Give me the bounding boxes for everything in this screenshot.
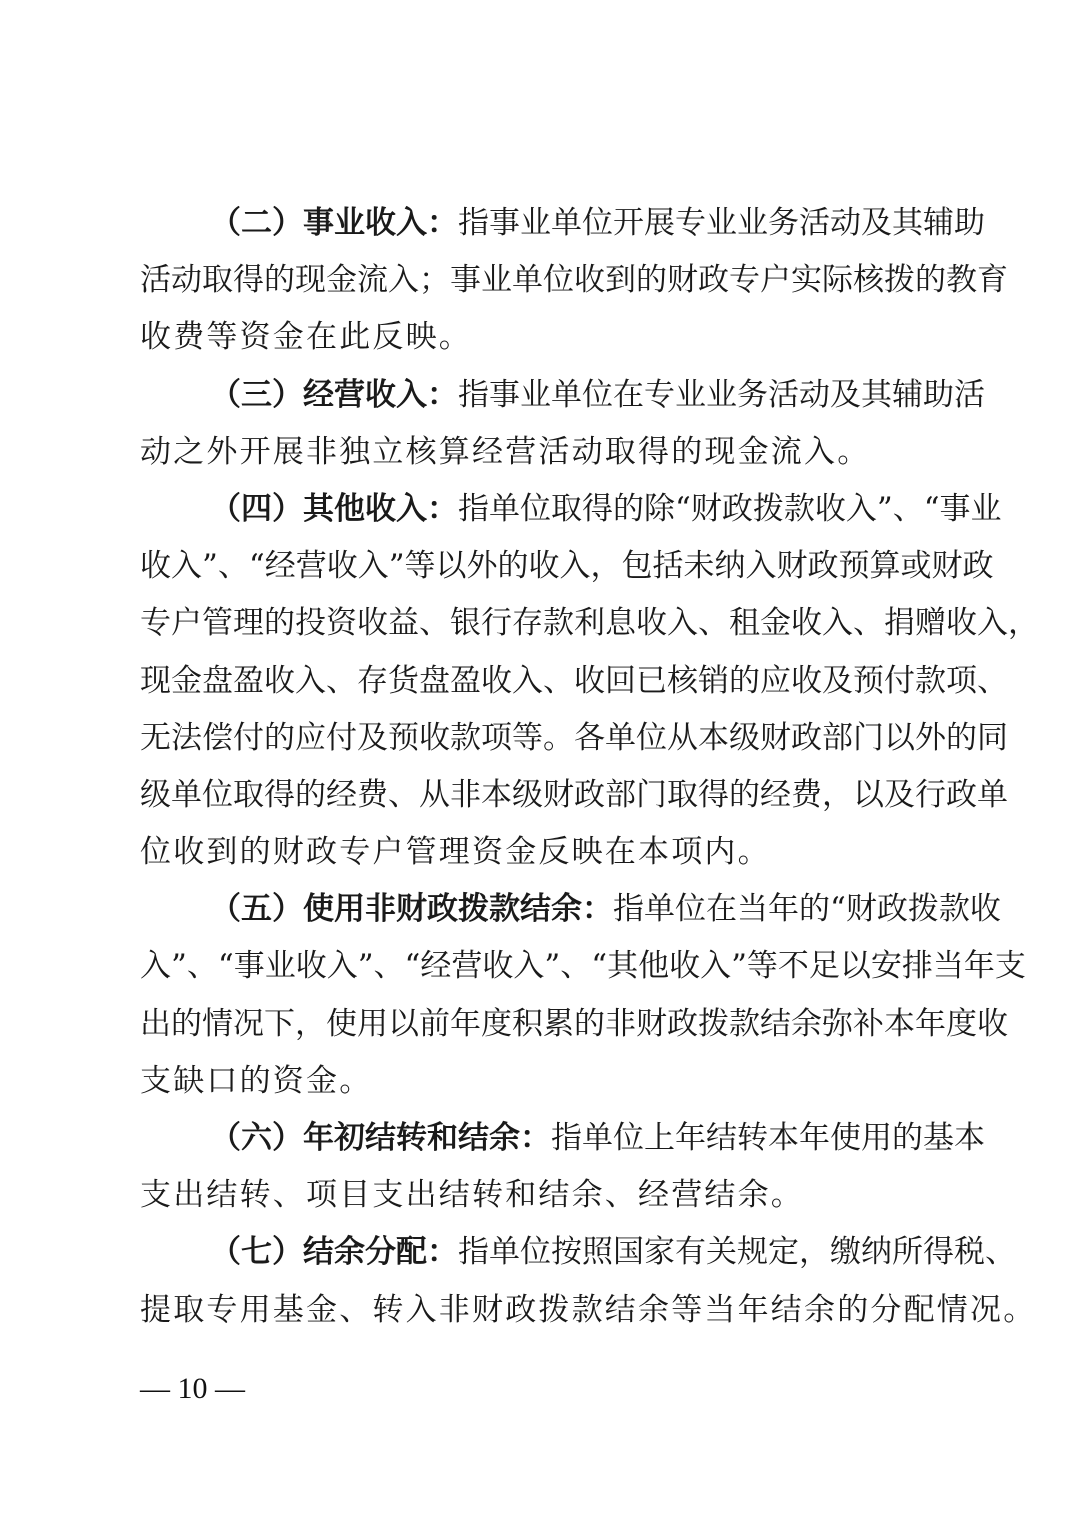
paragraph-line: 动之外开展非独立核算经营活动取得的现金流入。 (140, 427, 940, 484)
paragraph-text: 指事业单位在专业业务活动及其辅助活 (458, 377, 985, 413)
document-page: （二）事业收入：指事业单位开展专业业务活动及其辅助 活动取得的现金流入；事业单位… (0, 0, 1075, 1520)
paragraph-text: 指单位上年结转本年使用的基本 (551, 1120, 985, 1156)
paragraph-heading: （四）其他收入： (210, 491, 458, 527)
paragraph-line: （六）年初结转和结余：指单位上年结转本年使用的基本 (140, 1113, 940, 1170)
paragraph-line: 现金盘盈收入、存货盘盈收入、收回已核销的应收及预付款项、 (140, 656, 940, 713)
paragraph-line: 收入”、“经营收入”等以外的收入，包括未纳入财政预算或财政 (140, 541, 940, 598)
paragraph-line: 专户管理的投资收益、银行存款利息收入、租金收入、捐赠收入， (140, 598, 940, 655)
paragraph-line: 提取专用基金、转入非财政拨款结余等当年结余的分配情况。 (140, 1285, 940, 1342)
paragraph-heading: （三）经营收入： (210, 377, 458, 413)
paragraph-line: （三）经营收入：指事业单位在专业业务活动及其辅助活 (140, 370, 940, 427)
paragraph-line: 支出结转、项目支出结转和结余、经营结余。 (140, 1170, 940, 1227)
paragraph-heading: （二）事业收入： (210, 205, 458, 241)
paragraph-line: 活动取得的现金流入；事业单位收到的财政专户实际核拨的教育 (140, 255, 940, 312)
paragraph-text: 指单位取得的除“财政拨款收入”、“事业 (458, 491, 1002, 527)
paragraph-line: 入”、“事业收入”、“经营收入”、“其他收入”等不足以安排当年支 (140, 941, 940, 998)
paragraph-line: （四）其他收入：指单位取得的除“财政拨款收入”、“事业 (140, 484, 940, 541)
page-number: — 10 — (140, 1372, 245, 1406)
paragraph-line: 位收到的财政专户管理资金反映在本项内。 (140, 827, 940, 884)
paragraph-heading: （七）结余分配： (210, 1234, 458, 1270)
paragraph-line: （七）结余分配：指单位按照国家有关规定，缴纳所得税、 (140, 1227, 940, 1284)
paragraph-line: 支缺口的资金。 (140, 1056, 940, 1113)
paragraph-text: 指单位按照国家有关规定，缴纳所得税、 (458, 1234, 1016, 1270)
paragraph-line: （五）使用非财政拨款结余：指单位在当年的“财政拨款收 (140, 884, 940, 941)
paragraph-line: 出的情况下，使用以前年度积累的非财政拨款结余弥补本年度收 (140, 999, 940, 1056)
paragraph-line: 收费等资金在此反映。 (140, 312, 940, 369)
paragraph-text: 指单位在当年的“财政拨款收 (613, 891, 1001, 927)
document-body: （二）事业收入：指事业单位开展专业业务活动及其辅助 活动取得的现金流入；事业单位… (140, 198, 940, 1342)
paragraph-line: 无法偿付的应付及预收款项等。各单位从本级财政部门以外的同 (140, 713, 940, 770)
paragraph-line: 级单位取得的经费、从非本级财政部门取得的经费，以及行政单 (140, 770, 940, 827)
paragraph-line: （二）事业收入：指事业单位开展专业业务活动及其辅助 (140, 198, 940, 255)
paragraph-text: 指事业单位开展专业业务活动及其辅助 (458, 205, 985, 241)
paragraph-heading: （六）年初结转和结余： (210, 1120, 551, 1156)
paragraph-heading: （五）使用非财政拨款结余： (210, 891, 613, 927)
